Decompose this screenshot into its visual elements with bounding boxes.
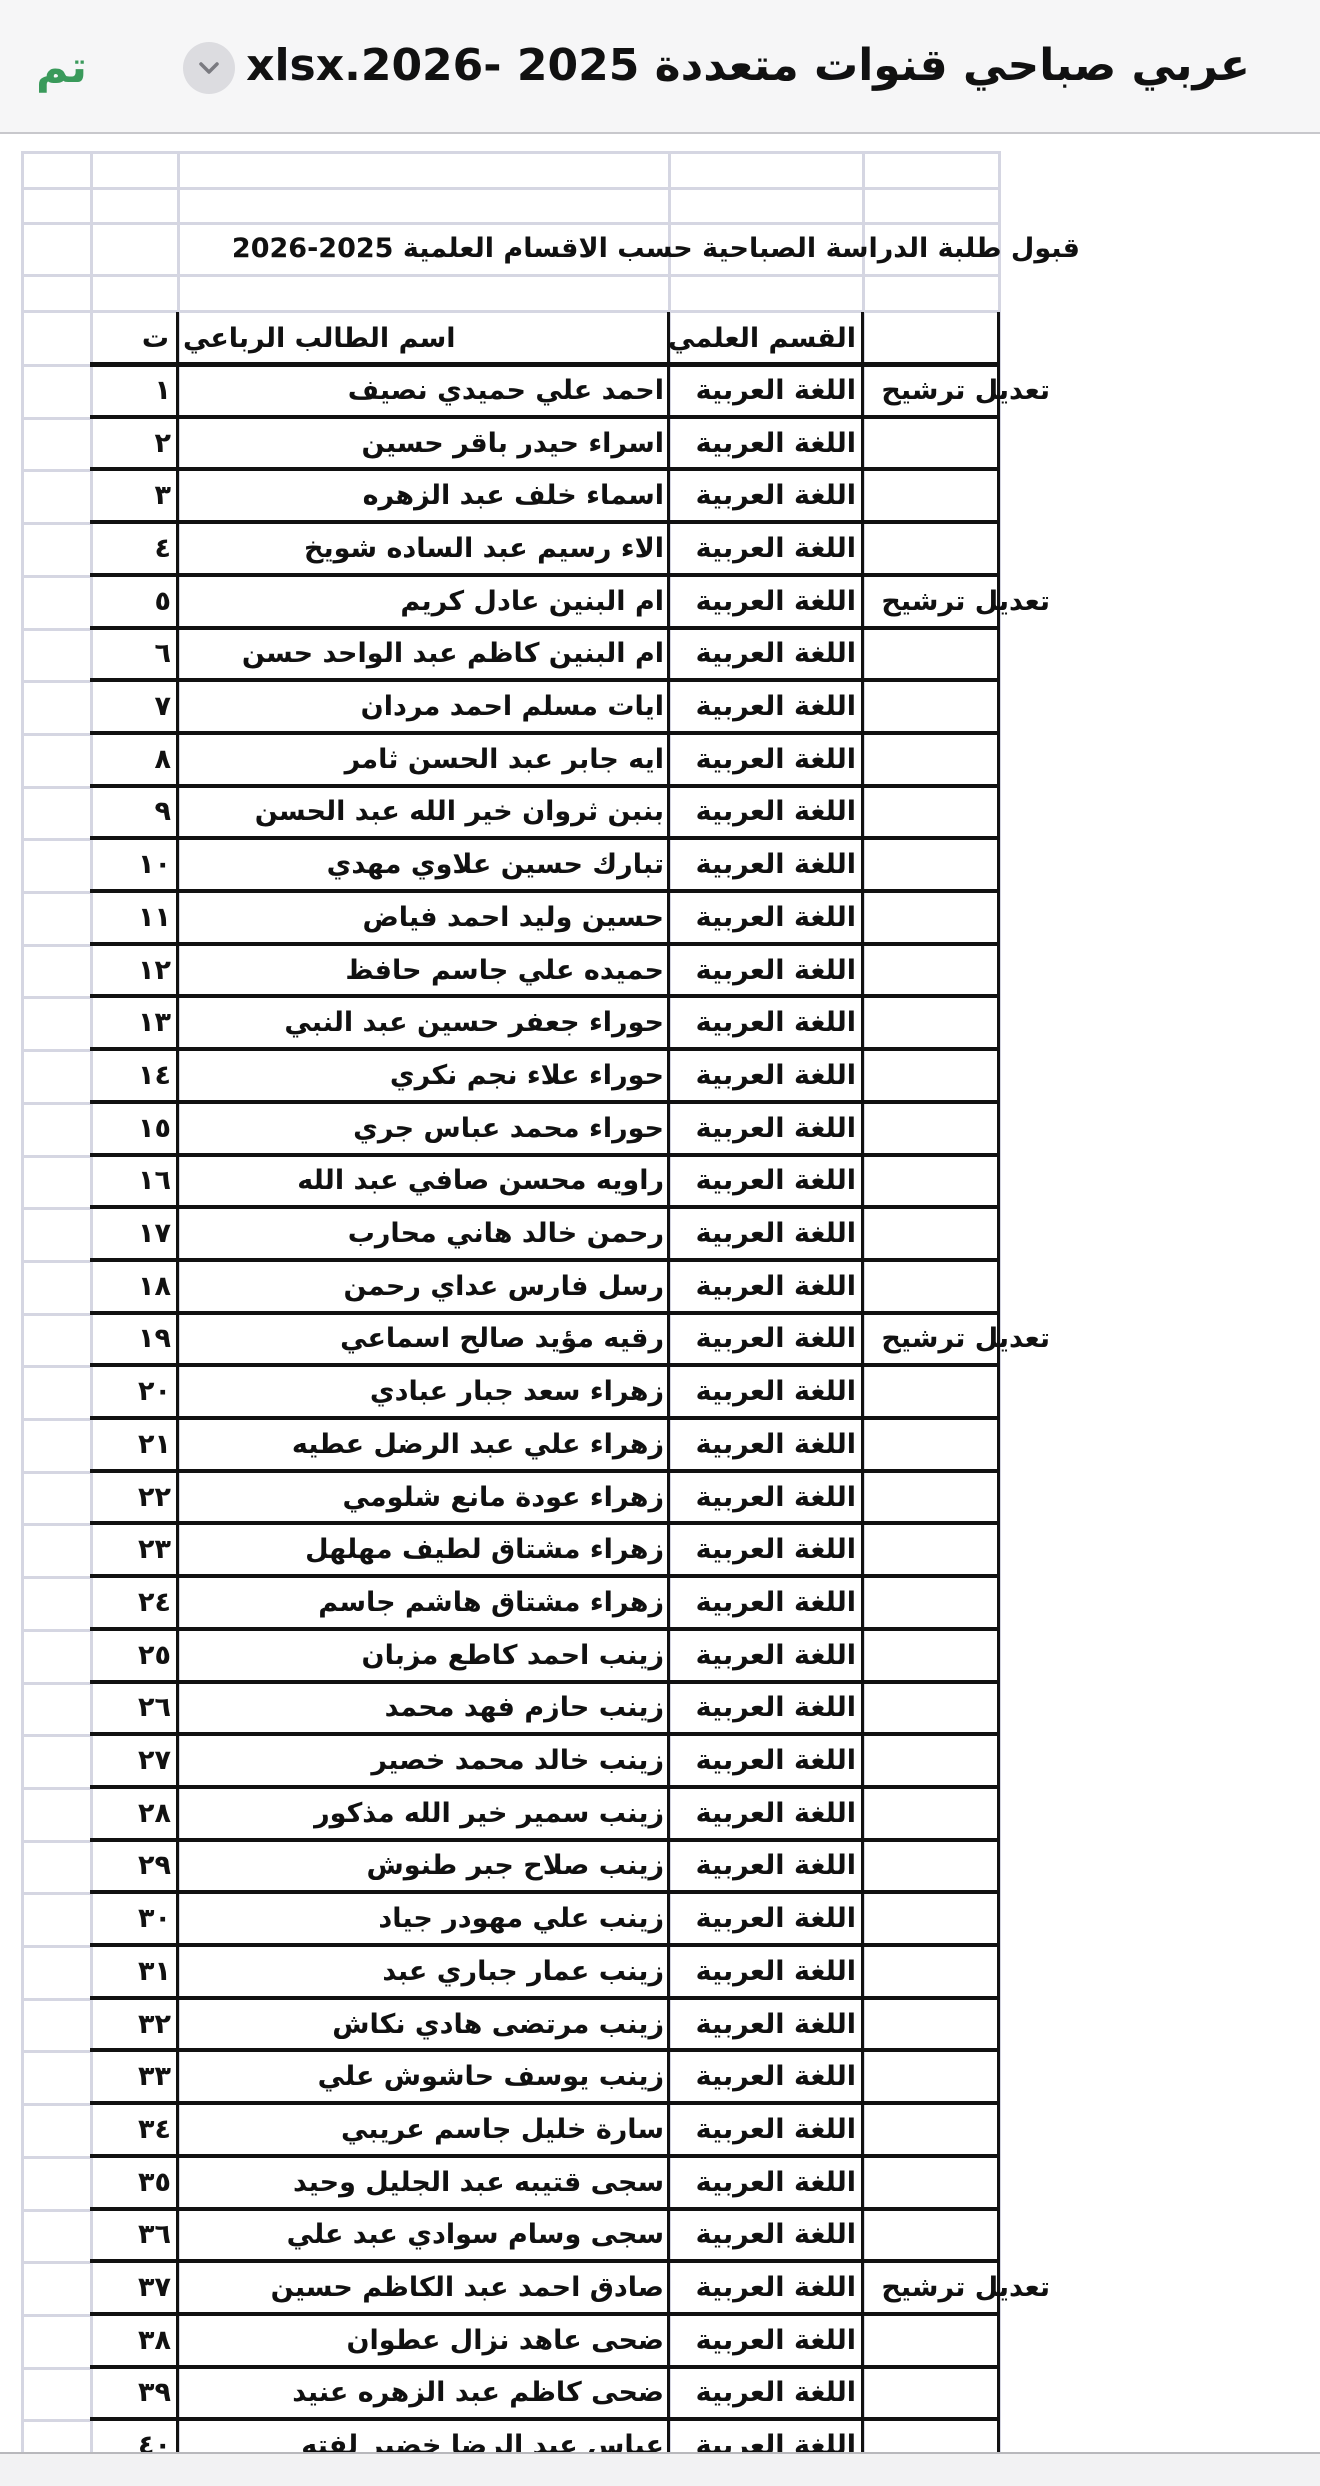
department-cell[interactable]: اللغة العربية	[668, 891, 862, 944]
gridline-horizontal	[21, 151, 998, 154]
student-name-cell[interactable]: ايه جابر عبد الحسن ثامر	[177, 733, 668, 786]
note-cell[interactable]	[862, 944, 1058, 997]
note-cell[interactable]	[862, 786, 1058, 839]
gridline-horizontal	[21, 1365, 90, 1368]
student-name-cell[interactable]: حوراء محمد عباس جري	[177, 1102, 668, 1155]
department-cell[interactable]: اللغة العربية	[668, 364, 862, 417]
department-cell[interactable]: اللغة العربية	[668, 944, 862, 997]
note-cell[interactable]	[862, 522, 1058, 575]
row-index-cell[interactable]: ٢٧	[90, 1734, 177, 1787]
note-cell[interactable]	[862, 1629, 1058, 1682]
department-cell[interactable]: اللغة العربية	[668, 2156, 862, 2209]
row-index-cell[interactable]: ١٣	[90, 996, 177, 1049]
gridline-horizontal	[21, 1945, 90, 1948]
student-name-cell[interactable]: ام البنين كاظم عبد الواحد حسن	[177, 628, 668, 681]
gridline-horizontal	[21, 1892, 90, 1895]
gridline-horizontal	[21, 2209, 90, 2212]
department-cell[interactable]: اللغة العربية	[668, 1945, 862, 1998]
gridline-horizontal	[21, 1576, 90, 1579]
department-cell[interactable]: اللغة العربية	[668, 628, 862, 681]
gridline-horizontal	[21, 2156, 90, 2159]
note-cell[interactable]: تعديل ترشيح	[862, 575, 1058, 628]
department-cell[interactable]: اللغة العربية	[668, 1365, 862, 1418]
gridline-horizontal	[21, 469, 90, 472]
gridline-horizontal	[21, 838, 90, 841]
chevron-down-icon	[198, 61, 220, 75]
gridline-horizontal	[21, 522, 90, 525]
file-title: عربي صباحي قنوات متعددة 2025 -2026.xlsx	[246, 36, 1250, 96]
student-name-cell[interactable]: راويه محسن صافي عبد الله	[177, 1155, 668, 1208]
note-cell[interactable]	[862, 1945, 1058, 1998]
department-cell[interactable]: اللغة العربية	[668, 996, 862, 1049]
gridline-horizontal	[21, 1207, 90, 1210]
department-cell[interactable]: اللغة العربية	[668, 1682, 862, 1735]
row-index-cell[interactable]: ١٠	[90, 838, 177, 891]
student-name-cell[interactable]: زينب حازم فهد محمد	[177, 1682, 668, 1735]
student-name-cell[interactable]: الاء رسيم عبد الساده شويخ	[177, 522, 668, 575]
note-cell[interactable]	[862, 1155, 1058, 1208]
gridline-horizontal	[21, 1523, 90, 1526]
note-cell[interactable]	[862, 1682, 1058, 1735]
student-name-cell[interactable]: زينب خالد محمد خصير	[177, 1734, 668, 1787]
department-cell[interactable]: اللغة العربية	[668, 2209, 862, 2262]
note-cell[interactable]	[862, 2209, 1058, 2262]
department-cell[interactable]: اللغة العربية	[668, 2103, 862, 2156]
gridline-horizontal	[21, 1260, 90, 1263]
student-name-cell[interactable]: رسل فارس عداي رحمن	[177, 1260, 668, 1313]
gridline-horizontal	[21, 2261, 90, 2264]
row-index-cell[interactable]: ٢١	[90, 1418, 177, 1471]
gridline-horizontal	[21, 1102, 90, 1105]
row-index-cell[interactable]: ٢٠	[90, 1365, 177, 1418]
note-cell[interactable]	[862, 1787, 1058, 1840]
department-cell[interactable]: اللغة العربية	[668, 786, 862, 839]
note-cell[interactable]	[862, 1892, 1058, 1945]
row-index-cell[interactable]: ٣٠	[90, 1892, 177, 1945]
gridline-vertical	[21, 151, 24, 2452]
department-cell[interactable]: اللغة العربية	[668, 1629, 862, 1682]
department-cell[interactable]: اللغة العربية	[668, 2419, 862, 2452]
note-cell[interactable]	[862, 2103, 1058, 2156]
department-cell[interactable]: اللغة العربية	[668, 1313, 862, 1366]
department-cell[interactable]: اللغة العربية	[668, 1734, 862, 1787]
department-cell[interactable]: اللغة العربية	[668, 1260, 862, 1313]
department-cell[interactable]: اللغة العربية	[668, 1102, 862, 1155]
row-index-cell[interactable]: ١٨	[90, 1260, 177, 1313]
department-cell[interactable]: اللغة العربية	[668, 1049, 862, 1102]
row-index-cell[interactable]: ٣٩	[90, 2367, 177, 2420]
gridline-horizontal	[21, 1787, 90, 1790]
gridline-horizontal	[21, 1840, 90, 1843]
note-cell[interactable]	[862, 2367, 1058, 2420]
row-index-cell[interactable]: ٢٥	[90, 1629, 177, 1682]
row-index-cell[interactable]: ٣٢	[90, 1998, 177, 2051]
note-cell[interactable]: تعديل ترشيح	[862, 1313, 1058, 1366]
column-header-name: اسم الطالب الرباعي	[177, 312, 668, 364]
student-name-cell[interactable]: احمد علي حميدي نصيف	[177, 364, 668, 417]
gridline-horizontal	[21, 364, 90, 367]
department-cell[interactable]: اللغة العربية	[668, 680, 862, 733]
note-cell[interactable]: تعديل ترشيح	[862, 2261, 1058, 2314]
note-cell[interactable]	[862, 733, 1058, 786]
department-cell[interactable]: اللغة العربية	[668, 1418, 862, 1471]
student-name-cell[interactable]: حسين وليد احمد فياض	[177, 891, 668, 944]
row-index-cell[interactable]: ١٥	[90, 1102, 177, 1155]
sheet-title: قبول طلبة الدراسة الصباحية حسب الاقسام ا…	[177, 222, 1080, 274]
gridline-horizontal	[21, 1734, 90, 1737]
student-name-cell[interactable]: حوراء علاء نجم نكري	[177, 1049, 668, 1102]
row-index-cell[interactable]: ٢٤	[90, 1576, 177, 1629]
row-index-cell[interactable]: ٢٩	[90, 1840, 177, 1893]
department-cell[interactable]: اللغة العربية	[668, 2261, 862, 2314]
student-name-cell[interactable]: زينب مرتضى هادي نكاش	[177, 1998, 668, 2051]
department-cell[interactable]: اللغة العربية	[668, 2314, 862, 2367]
note-cell[interactable]	[862, 2050, 1058, 2103]
row-index-cell[interactable]: ٢٨	[90, 1787, 177, 1840]
gridline-horizontal	[21, 733, 90, 736]
student-name-cell[interactable]: صادق احمد عبد الكاظم حسين	[177, 2261, 668, 2314]
student-name-cell[interactable]: زهراء مشتاق لطيف مهلهل	[177, 1523, 668, 1576]
gridline-horizontal	[21, 2314, 90, 2317]
top-bar: عربي صباحي قنوات متعددة 2025 -2026.xlsx …	[0, 0, 1320, 134]
student-name-cell[interactable]: سجى قتيبه عبد الجليل وحيد	[177, 2156, 668, 2209]
gridline-horizontal	[21, 575, 90, 578]
gridline-horizontal	[21, 417, 90, 420]
row-index-cell[interactable]: ٣	[90, 469, 177, 522]
row-index-cell[interactable]: ٤٠	[90, 2419, 177, 2452]
row-index-cell[interactable]: ٨	[90, 733, 177, 786]
note-cell[interactable]	[862, 1260, 1058, 1313]
note-cell[interactable]: تعديل ترشيح	[862, 364, 1058, 417]
row-index-cell[interactable]: ٢٦	[90, 1682, 177, 1735]
student-name-cell[interactable]: زهراء سعد جبار عبادي	[177, 1365, 668, 1418]
row-index-cell[interactable]: ٧	[90, 680, 177, 733]
row-index-cell[interactable]: ١١	[90, 891, 177, 944]
note-cell[interactable]	[862, 1207, 1058, 1260]
student-name-cell[interactable]: زينب سمير خير الله مذكور	[177, 1787, 668, 1840]
note-cell[interactable]	[862, 2419, 1058, 2452]
note-cell[interactable]	[862, 1523, 1058, 1576]
department-cell[interactable]: اللغة العربية	[668, 2050, 862, 2103]
student-name-cell[interactable]: اسماء خلف عبد الزهره	[177, 469, 668, 522]
row-index-cell[interactable]: ٣٧	[90, 2261, 177, 2314]
title-dropdown-button[interactable]	[183, 42, 235, 94]
department-cell[interactable]: اللغة العربية	[668, 733, 862, 786]
gridline-horizontal	[21, 1629, 90, 1632]
note-cell[interactable]	[862, 1471, 1058, 1524]
department-cell[interactable]: اللغة العربية	[668, 1207, 862, 1260]
department-cell[interactable]: اللغة العربية	[668, 522, 862, 575]
department-cell[interactable]: اللغة العربية	[668, 469, 862, 522]
student-name-cell[interactable]: ضحى عاهد نزال عطوان	[177, 2314, 668, 2367]
note-cell[interactable]	[862, 996, 1058, 1049]
row-index-cell[interactable]: ٩	[90, 786, 177, 839]
student-name-cell[interactable]: ايات مسلم احمد مردان	[177, 680, 668, 733]
row-index-cell[interactable]: ٥	[90, 575, 177, 628]
student-name-cell[interactable]: زينب صلاح جبر طنوش	[177, 1840, 668, 1893]
student-name-cell[interactable]: سارة خليل جاسم عريبي	[177, 2103, 668, 2156]
student-name-cell[interactable]: ضحى كاظم عبد الزهره عنيد	[177, 2367, 668, 2420]
gridline-horizontal	[21, 1998, 90, 2001]
row-index-cell[interactable]: ١٦	[90, 1155, 177, 1208]
department-cell[interactable]: اللغة العربية	[668, 838, 862, 891]
department-cell[interactable]: اللغة العربية	[668, 417, 862, 470]
row-index-cell[interactable]: ٣٨	[90, 2314, 177, 2367]
student-name-cell[interactable]: سجى وسام سوادي عبد علي	[177, 2209, 668, 2262]
row-index-cell[interactable]: ١٢	[90, 944, 177, 997]
student-name-cell[interactable]: زينب يوسف حاشوش علي	[177, 2050, 668, 2103]
note-cell[interactable]	[862, 1840, 1058, 1893]
bottom-toolbar	[0, 2452, 1320, 2486]
student-name-cell[interactable]: رحمن خالد هاني محارب	[177, 1207, 668, 1260]
row-index-cell[interactable]: ٤	[90, 522, 177, 575]
row-index-cell[interactable]: ١٩	[90, 1313, 177, 1366]
student-name-cell[interactable]: رقيه مؤيد صالح اسماعي	[177, 1313, 668, 1366]
department-cell[interactable]: اللغة العربية	[668, 1523, 862, 1576]
note-cell[interactable]	[862, 1734, 1058, 1787]
row-index-cell[interactable]: ١	[90, 364, 177, 417]
student-name-cell[interactable]: زهراء عودة مانع شلومي	[177, 1471, 668, 1524]
gridline-horizontal	[21, 1418, 90, 1421]
gridline-horizontal	[21, 1155, 90, 1158]
note-cell[interactable]	[862, 1998, 1058, 2051]
row-index-cell[interactable]: ٢	[90, 417, 177, 470]
row-index-cell[interactable]: ٣٣	[90, 2050, 177, 2103]
row-index-cell[interactable]: ٣٤	[90, 2103, 177, 2156]
student-name-cell[interactable]: تبارك حسين علاوي مهدي	[177, 838, 668, 891]
row-index-cell[interactable]: ١٤	[90, 1049, 177, 1102]
student-name-cell[interactable]: حميده علي جاسم حافظ	[177, 944, 668, 997]
student-name-cell[interactable]: زينب عمار جباري عبد	[177, 1945, 668, 1998]
column-header-department: القسم العلمي	[668, 312, 862, 364]
gridline-horizontal	[21, 680, 90, 683]
student-name-cell[interactable]: زينب علي مهودر جياد	[177, 1892, 668, 1945]
row-index-cell[interactable]: ٢٣	[90, 1523, 177, 1576]
department-cell[interactable]: اللغة العربية	[668, 1576, 862, 1629]
gridline-horizontal	[21, 2103, 90, 2106]
row-index-cell[interactable]: ٣٥	[90, 2156, 177, 2209]
department-cell[interactable]: اللغة العربية	[668, 1892, 862, 1945]
department-cell[interactable]: اللغة العربية	[668, 1840, 862, 1893]
gridline-horizontal	[21, 187, 998, 190]
spreadsheet-grid[interactable]: قبول طلبة الدراسة الصباحية حسب الاقسام ا…	[0, 134, 1320, 2452]
note-cell[interactable]	[862, 469, 1058, 522]
department-cell[interactable]: اللغة العربية	[668, 1155, 862, 1208]
gridline-horizontal	[21, 786, 90, 789]
note-cell[interactable]	[862, 891, 1058, 944]
department-cell[interactable]: اللغة العربية	[668, 1471, 862, 1524]
note-cell[interactable]	[862, 1049, 1058, 1102]
student-name-cell[interactable]: بنبن ثروان خير الله عبد الحسن	[177, 786, 668, 839]
note-cell[interactable]	[862, 2156, 1058, 2209]
student-name-cell[interactable]: زينب احمد كاطع مزبان	[177, 1629, 668, 1682]
note-cell[interactable]	[862, 838, 1058, 891]
note-cell[interactable]	[862, 1365, 1058, 1418]
department-cell[interactable]: اللغة العربية	[668, 2367, 862, 2420]
gridline-horizontal	[21, 2367, 90, 2370]
student-name-cell[interactable]: اسراء حيدر باقر حسين	[177, 417, 668, 470]
gridline-horizontal	[21, 628, 90, 631]
gridline-horizontal	[21, 891, 90, 894]
gridline-horizontal	[21, 2050, 90, 2053]
student-name-cell[interactable]: حوراء جعفر حسين عبد النبي	[177, 996, 668, 1049]
done-button[interactable]: تم	[36, 38, 87, 98]
student-name-cell[interactable]: زهراء مشتاق هاشم جاسم	[177, 1576, 668, 1629]
student-name-cell[interactable]: ام البنين عادل كريم	[177, 575, 668, 628]
student-name-cell[interactable]: زهراء علي عبد الرضل عطيه	[177, 1418, 668, 1471]
row-index-cell[interactable]: ٢٢	[90, 1471, 177, 1524]
row-index-cell[interactable]: ٦	[90, 628, 177, 681]
note-cell[interactable]	[862, 417, 1058, 470]
department-cell[interactable]: اللغة العربية	[668, 1998, 862, 2051]
column-header-index: ت	[90, 312, 177, 364]
department-cell[interactable]: اللغة العربية	[668, 575, 862, 628]
gridline-horizontal	[21, 2419, 90, 2422]
gridline-horizontal	[21, 274, 998, 277]
gridline-horizontal	[21, 996, 90, 999]
gridline-horizontal	[21, 1049, 90, 1052]
gridline-horizontal	[21, 944, 90, 947]
note-cell[interactable]	[862, 680, 1058, 733]
gridline-horizontal	[21, 1682, 90, 1685]
row-index-cell[interactable]: ٣١	[90, 1945, 177, 1998]
note-cell[interactable]	[862, 1576, 1058, 1629]
gridline-horizontal	[21, 1313, 90, 1316]
gridline-horizontal	[21, 1471, 90, 1474]
note-cell[interactable]	[862, 2314, 1058, 2367]
department-cell[interactable]: اللغة العربية	[668, 1787, 862, 1840]
note-cell[interactable]	[862, 628, 1058, 681]
row-index-cell[interactable]: ٣٦	[90, 2209, 177, 2262]
note-cell[interactable]	[862, 1102, 1058, 1155]
row-index-cell[interactable]: ١٧	[90, 1207, 177, 1260]
student-name-cell[interactable]: عباس عبد الرضا خضير لفته	[177, 2419, 668, 2452]
note-cell[interactable]	[862, 1418, 1058, 1471]
